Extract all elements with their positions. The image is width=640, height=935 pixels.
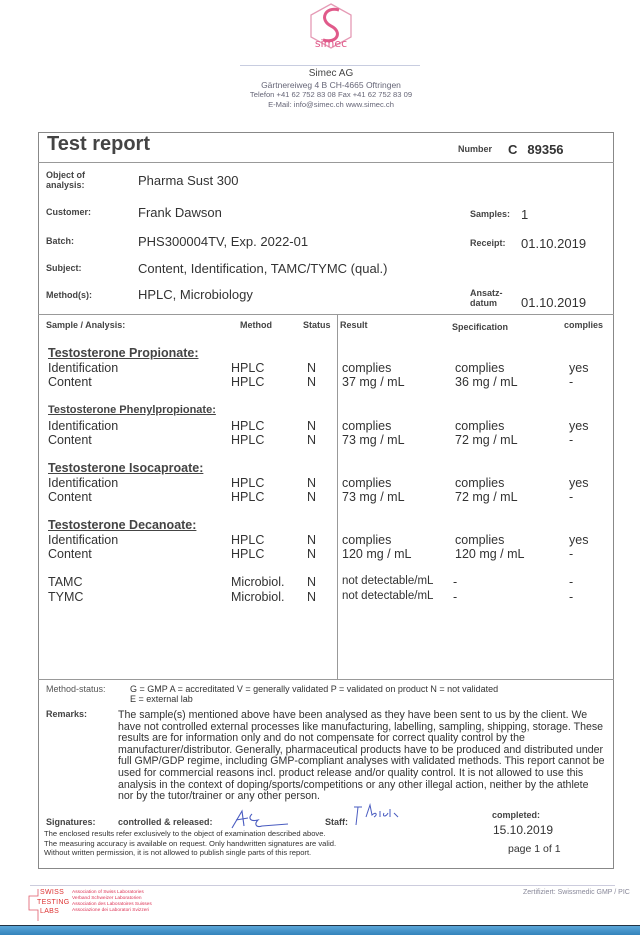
- object-label: Object of analysis:: [46, 170, 116, 190]
- cell-complies: yes: [569, 476, 588, 490]
- methods-label: Method(s):: [46, 290, 92, 300]
- object-value: Pharma Sust 300: [138, 173, 238, 188]
- phone-fax-line: Telefon +41 62 752 83 08 Fax +41 62 752 …: [200, 90, 462, 100]
- cell-result: 37 mg / mL: [342, 375, 405, 389]
- sample-group-heading: Testosterone Isocaproate:: [48, 461, 203, 475]
- cell-result: 120 mg / mL: [342, 547, 411, 561]
- cell-result: not detectable/mL: [342, 575, 433, 587]
- completed-label: completed:: [492, 810, 540, 820]
- cell-specification: complies: [455, 361, 504, 375]
- cell-result: 73 mg / mL: [342, 433, 405, 447]
- assoc-line: Associazione dei Laboratori Svizzeri: [72, 908, 152, 914]
- col-header-status: Status: [303, 320, 331, 330]
- cell-analysis: TYMC: [48, 590, 83, 604]
- method-status-label: Method-status:: [46, 684, 106, 694]
- association-names: Association of Swiss Laboratories Verban…: [72, 890, 152, 914]
- cell-status: N: [307, 419, 316, 433]
- cell-method: HPLC: [231, 547, 264, 561]
- cell-status: N: [307, 590, 316, 604]
- header-divider: [240, 65, 420, 66]
- samples-label: Samples:: [470, 209, 510, 219]
- cell-complies: -: [569, 375, 573, 389]
- cell-status: N: [307, 433, 316, 447]
- col-header-sample: Sample / Analysis:: [46, 320, 125, 330]
- cell-method: HPLC: [231, 419, 264, 433]
- ansatz-label-2: datum: [470, 298, 503, 308]
- logo-text: TESTING: [37, 898, 69, 908]
- logo-text: SWISS: [40, 888, 69, 898]
- cell-method: HPLC: [231, 375, 264, 389]
- cell-method: HPLC: [231, 533, 264, 547]
- cell-result: complies: [342, 533, 391, 547]
- method-status-legend-2: E = external lab: [130, 694, 193, 704]
- receipt-value: 01.10.2019: [521, 236, 586, 251]
- cell-complies: yes: [569, 533, 588, 547]
- report-title: Test report: [47, 133, 150, 156]
- cell-method: HPLC: [231, 433, 264, 447]
- ansatz-value: 01.10.2019: [521, 295, 586, 310]
- cell-method: Microbiol.: [231, 590, 285, 604]
- title-divider: [38, 162, 614, 163]
- cell-status: N: [307, 575, 316, 589]
- cell-analysis: Content: [48, 433, 92, 447]
- cell-method: HPLC: [231, 476, 264, 490]
- methods-value: HPLC, Microbiology: [138, 287, 253, 302]
- cell-analysis: Identification: [48, 361, 118, 375]
- cell-specification: complies: [455, 476, 504, 490]
- cell-specification: 36 mg / mL: [455, 375, 518, 389]
- report-number: C89356: [508, 142, 574, 157]
- col-header-result: Result: [340, 320, 368, 330]
- col-header-method: Method: [240, 320, 272, 330]
- cell-specification: complies: [455, 419, 504, 433]
- cell-analysis: Content: [48, 547, 92, 561]
- number-value: 89356: [527, 142, 563, 157]
- col-header-complies: complies: [564, 320, 603, 330]
- number-label: Number: [458, 144, 492, 154]
- cell-status: N: [307, 375, 316, 389]
- remarks-text: The sample(s) mentioned above have been …: [118, 710, 606, 803]
- customer-label: Customer:: [46, 207, 91, 217]
- receipt-label: Receipt:: [470, 238, 506, 248]
- cell-specification: complies: [455, 533, 504, 547]
- certification-note: Zertifiziert: Swissmedic GMP / PIC: [523, 889, 630, 896]
- cell-method: HPLC: [231, 490, 264, 504]
- cell-analysis: TAMC: [48, 575, 83, 589]
- cell-result: not detectable/mL: [342, 590, 433, 602]
- cell-complies: -: [569, 547, 573, 561]
- cell-status: N: [307, 476, 316, 490]
- customer-value: Frank Dawson: [138, 205, 222, 220]
- subject-value: Content, Identification, TAMC/TYMC (qual…: [138, 261, 388, 276]
- staff-label: Staff:: [325, 817, 348, 827]
- cell-analysis: Content: [48, 490, 92, 504]
- sample-group-heading: Testosterone Propionate:: [48, 346, 198, 360]
- cell-analysis: Identification: [48, 419, 118, 433]
- cell-specification: -: [453, 575, 457, 589]
- cell-complies: -: [569, 590, 573, 604]
- cell-complies: -: [569, 490, 573, 504]
- col-header-specification: Specification: [452, 322, 508, 332]
- cell-specification: 72 mg / mL: [455, 490, 518, 504]
- swiss-testing-labs-logo: SWISS TESTING LABS: [40, 888, 69, 917]
- completed-date: 15.10.2019: [493, 823, 553, 837]
- logo-wordmark: simec: [300, 37, 362, 50]
- cell-status: N: [307, 361, 316, 375]
- cell-analysis: Content: [48, 375, 92, 389]
- cell-complies: -: [569, 433, 573, 447]
- disclaimer-line: The enclosed results refer exclusively t…: [44, 829, 336, 839]
- ansatz-label-1: Ansatz-: [470, 288, 503, 298]
- company-address: Gärtnereiweg 4 B CH-4665 Oftringen Telef…: [200, 80, 462, 110]
- address-line: Gärtnereiweg 4 B CH-4665 Oftringen: [200, 80, 462, 90]
- disclaimer: The enclosed results refer exclusively t…: [44, 829, 336, 858]
- staff-signature-icon: [352, 803, 402, 827]
- number-prefix: C: [508, 142, 517, 157]
- cell-status: N: [307, 533, 316, 547]
- cell-specification: 72 mg / mL: [455, 433, 518, 447]
- sample-group-heading: Testosterone Phenylpropionate:: [48, 404, 216, 416]
- cell-specification: -: [453, 590, 457, 604]
- disclaimer-line: Without written permission, it is not al…: [44, 848, 336, 858]
- footer-divider: [30, 885, 615, 886]
- batch-label: Batch:: [46, 236, 74, 246]
- disclaimer-line: The measuring accuracy is available on r…: [44, 839, 336, 849]
- cell-complies: -: [569, 575, 573, 589]
- company-name: Simec AG: [200, 68, 462, 79]
- subject-label: Subject:: [46, 263, 82, 273]
- controlled-released-label: controlled & released:: [118, 817, 213, 827]
- cell-result: complies: [342, 476, 391, 490]
- cell-complies: yes: [569, 361, 588, 375]
- batch-value: PHS300004TV, Exp. 2022-01: [138, 234, 308, 249]
- page-indicator: page 1 of 1: [508, 843, 561, 855]
- ansatz-label: Ansatz-datum: [470, 288, 503, 308]
- table-divider: [38, 679, 614, 680]
- meta-divider: [38, 314, 614, 315]
- email-web-line: E-Mail: info@simec.ch www.simec.ch: [200, 100, 462, 110]
- cell-status: N: [307, 490, 316, 504]
- cell-method: HPLC: [231, 361, 264, 375]
- cell-specification: 120 mg / mL: [455, 547, 524, 561]
- cell-analysis: Identification: [48, 533, 118, 547]
- cell-complies: yes: [569, 419, 588, 433]
- os-taskbar[interactable]: [0, 925, 640, 935]
- cell-result: complies: [342, 419, 391, 433]
- method-status-legend-1: G = GMP A = accreditated V = generally v…: [130, 684, 498, 694]
- cell-status: N: [307, 547, 316, 561]
- remarks-label: Remarks:: [46, 709, 87, 719]
- cell-analysis: Identification: [48, 476, 118, 490]
- signatures-label: Signatures:: [46, 817, 96, 827]
- result-column-divider: [337, 315, 338, 679]
- cell-result: complies: [342, 361, 391, 375]
- cell-result: 73 mg / mL: [342, 490, 405, 504]
- logo-text: LABS: [40, 907, 69, 917]
- sample-group-heading: Testosterone Decanoate:: [48, 518, 196, 532]
- samples-value: 1: [521, 207, 528, 222]
- cell-method: Microbiol.: [231, 575, 285, 589]
